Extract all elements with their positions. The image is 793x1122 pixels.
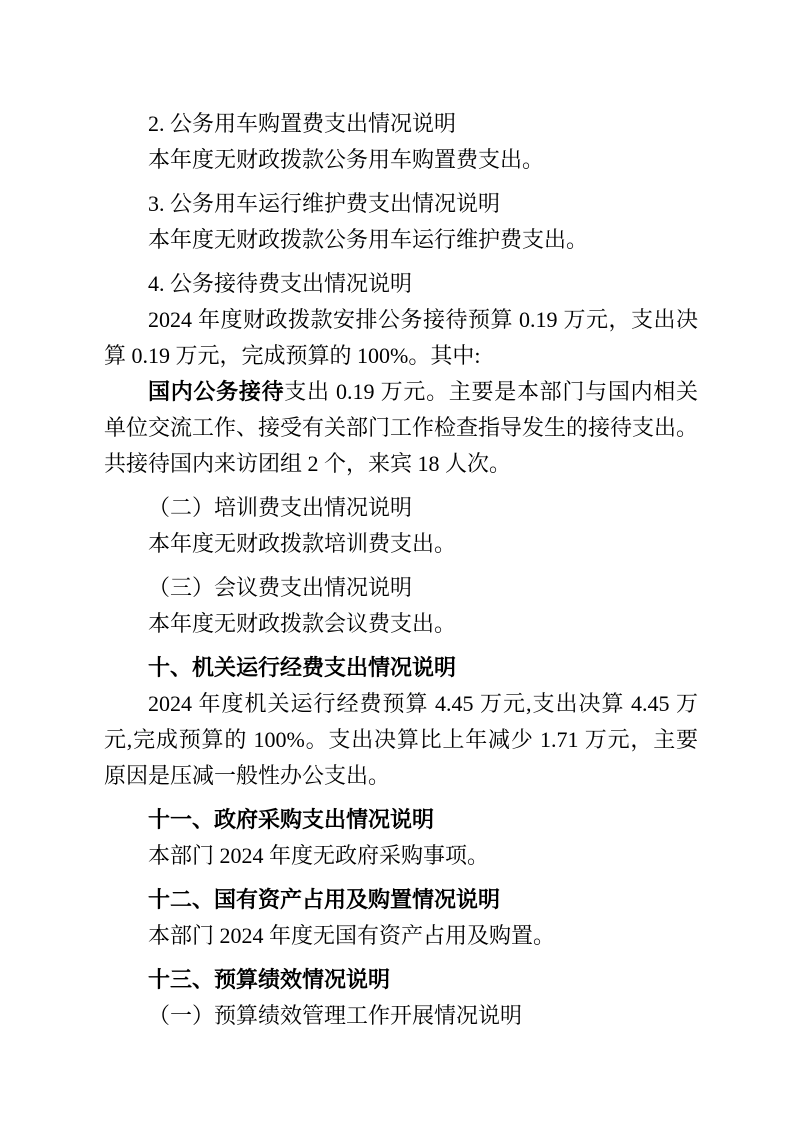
heading-operating-expense: 十、机关运行经费支出情况说明 [104,650,698,686]
document-body: 2. 公务用车购置费支出情况说明 本年度无财政拨款公务用车购置费支出。 3. 公… [104,98,698,1034]
subheading-performance-management-work: （一）预算绩效管理工作开展情况说明 [104,998,698,1034]
para-no-meeting-expense: 本年度无财政拨款会议费支出。 [104,606,698,642]
heading-budget-performance: 十三、预算绩效情况说明 [104,962,698,998]
subheading-vehicle-maintenance-expense: 3. 公务用车运行维护费支出情况说明 [104,186,698,222]
para-domestic-reception-detail: 国内公务接待支出 0.19 万元。主要是本部门与国内相关单位交流工作、接受有关部… [104,374,698,482]
para-no-training-expense: 本年度无财政拨款培训费支出。 [104,526,698,562]
subheading-official-reception-expense: 4. 公务接待费支出情况说明 [104,266,698,302]
heading-government-procurement: 十一、政府采购支出情况说明 [104,802,698,838]
subheading-meeting-expense: （三）会议费支出情况说明 [104,570,698,606]
domestic-reception-bold-label: 国内公务接待 [148,379,284,404]
para-operating-expense-figures: 2024 年度机关运行经费预算 4.45 万元,支出决算 4.45 万元,完成预… [104,686,698,794]
para-no-assets: 本部门 2024 年度无国有资产占用及购置。 [104,918,698,954]
para-no-vehicle-purchase-expense: 本年度无财政拨款公务用车购置费支出。 [104,142,698,178]
para-no-vehicle-maintenance-expense: 本年度无财政拨款公务用车运行维护费支出。 [104,222,698,258]
para-reception-budget-figures: 2024 年度财政拨款安排公务接待预算 0.19 万元，支出决算 0.19 万元… [104,302,698,374]
document-page: 2. 公务用车购置费支出情况说明 本年度无财政拨款公务用车购置费支出。 3. 公… [0,0,793,1122]
subheading-training-expense: （二）培训费支出情况说明 [104,490,698,526]
heading-state-owned-assets: 十二、国有资产占用及购置情况说明 [104,882,698,918]
para-no-procurement: 本部门 2024 年度无政府采购事项。 [104,838,698,874]
subheading-vehicle-purchase-expense: 2. 公务用车购置费支出情况说明 [104,106,698,142]
